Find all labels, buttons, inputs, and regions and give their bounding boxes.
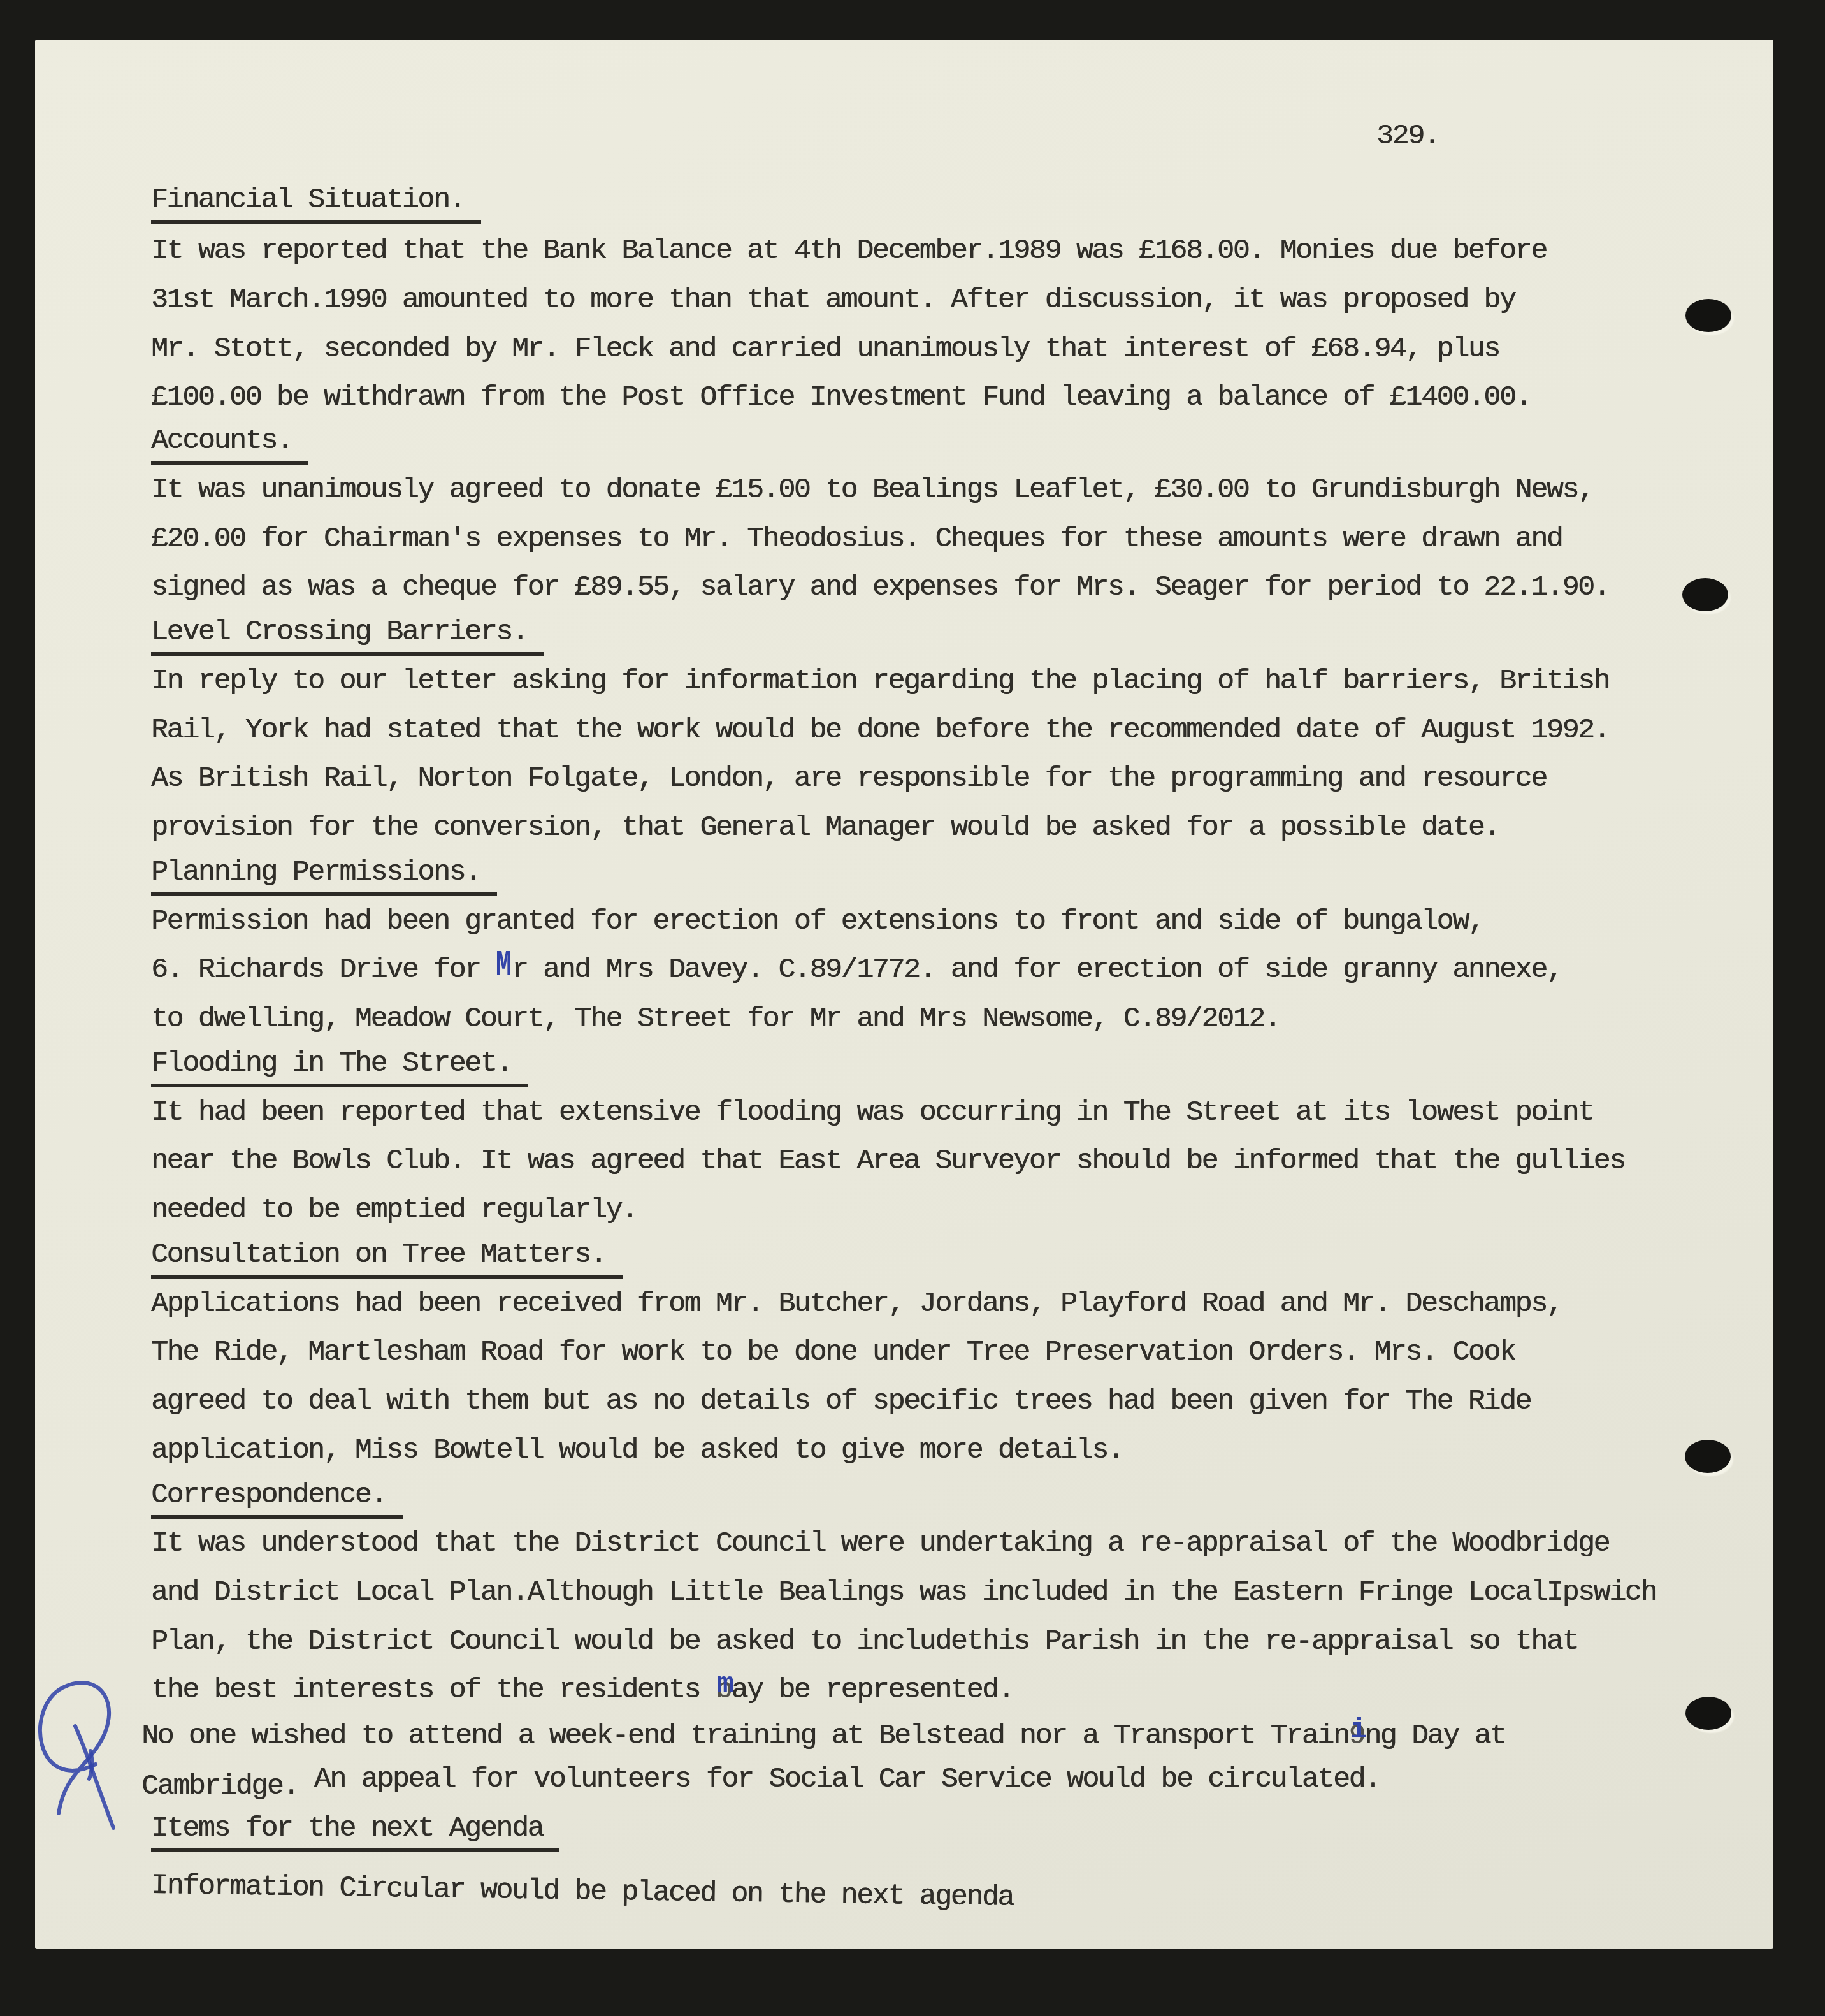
hole-punch: [1685, 299, 1731, 332]
hole-punch: [1685, 1697, 1731, 1730]
hole-punch: [1682, 578, 1728, 611]
page-number: 329.: [1376, 120, 1439, 152]
hole-punch: [1685, 1440, 1731, 1473]
scan-background: Financial Situation.It was reported that…: [0, 0, 1825, 2016]
hole-punches: [0, 0, 1825, 2016]
